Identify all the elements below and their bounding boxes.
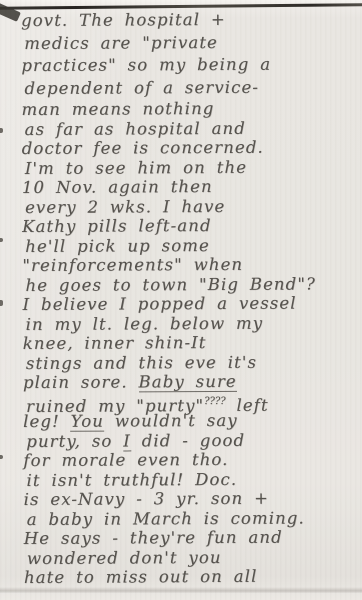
handwritten-line: 10 Nov. again then <box>22 176 359 197</box>
handwritten-line: medics are "private <box>21 31 358 55</box>
handwritten-line: is ex-Navy - 3 yr. son + <box>24 488 361 509</box>
handwritten-line: ruined my "purty"???? left <box>23 391 360 412</box>
letter-page-scan: govt. The hospital +medics are "privatep… <box>0 0 362 600</box>
superscript-squiggle: ???? <box>204 395 226 406</box>
paper-edge-mark <box>0 128 3 133</box>
handwritten-line: "reinforcements" when <box>22 254 359 275</box>
handwritten-line: a baby in March is coming. <box>24 508 361 529</box>
handwritten-line: stings and this eve it's <box>23 352 360 373</box>
handwritten-line: he goes to town "Big Bend"? <box>22 274 359 295</box>
handwritten-line: every 2 wks. I have <box>22 196 359 217</box>
paper-bottom-crease <box>0 587 362 594</box>
paper-edge-mark <box>0 300 3 306</box>
handwritten-line: Kathy pills left-and <box>22 215 359 236</box>
handwritten-line: plain sore. Baby sure <box>23 371 360 392</box>
handwritten-line: I believe I popped a vessel <box>22 293 359 314</box>
handwritten-line: purty, so I did - good <box>23 430 360 451</box>
handwritten-line: knee, inner shin-It <box>23 332 360 353</box>
paper-edge-mark <box>0 238 3 242</box>
text-segment: wouldn't say <box>104 411 238 431</box>
handwritten-line: leg! You wouldn't say <box>23 410 360 431</box>
handwritten-line: He says - they're fun and <box>24 527 361 548</box>
handwritten-line: dependent of a service- <box>21 76 358 100</box>
handwritten-text-block: govt. The hospital +medics are "privatep… <box>21 8 361 587</box>
handwritten-line: it isn't truthful! Doc. <box>23 469 360 490</box>
underlined-word: Baby sure <box>138 372 236 393</box>
handwritten-line: doctor fee is concerned. <box>22 137 359 158</box>
underlined-word: You <box>71 412 104 432</box>
handwritten-line: wondered don't you <box>24 547 361 568</box>
paper-edge-mark <box>0 455 3 459</box>
text-segment: purty, so <box>26 431 123 451</box>
handwritten-line: govt. The hospital + <box>21 8 358 32</box>
text-segment: leg! <box>23 412 71 431</box>
handwritten-line: practices" so my being a <box>21 53 358 77</box>
handwritten-line: for morale even tho. <box>23 449 360 470</box>
underlined-word: I <box>123 431 131 451</box>
handwritten-line: as far as hospital and <box>22 118 359 139</box>
handwritten-line: man means nothing <box>21 98 358 119</box>
handwritten-line: in my lt. leg. below my <box>23 313 360 334</box>
text-segment: did - good <box>131 430 245 450</box>
handwritten-line: he'll pick up some <box>22 235 359 256</box>
handwritten-line: hate to miss out on all <box>24 566 361 587</box>
text-segment: plain sore. <box>23 372 139 392</box>
handwritten-line: I'm to see him on the <box>22 157 359 178</box>
